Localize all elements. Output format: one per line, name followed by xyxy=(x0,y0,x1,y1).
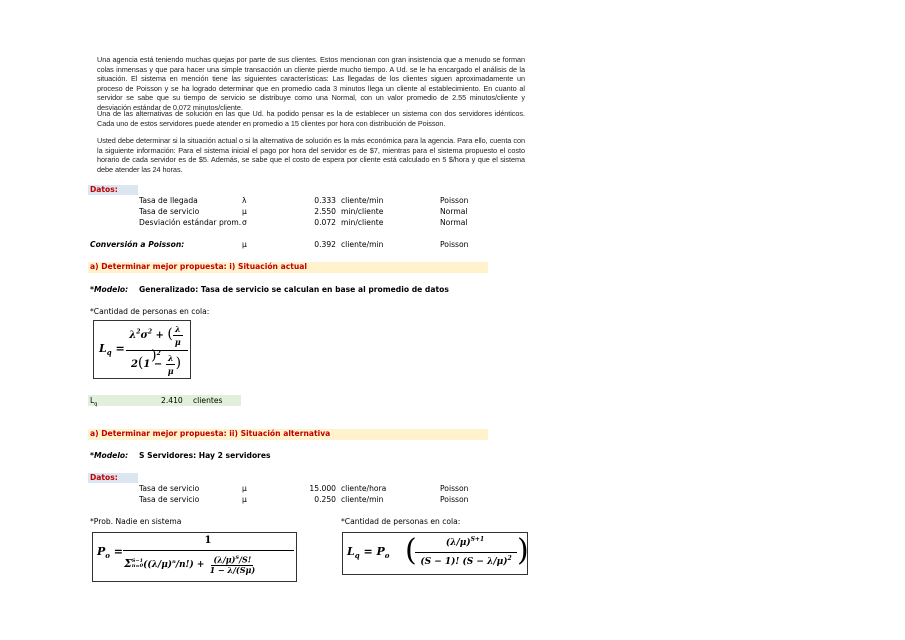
po-formula-lhs: Po = xyxy=(97,545,123,560)
row-value: 0.250 xyxy=(276,495,336,505)
conversion-value: 0.392 xyxy=(276,240,336,250)
row-dist: Normal xyxy=(440,218,467,228)
conversion-label: Conversión a Poisson: xyxy=(90,240,184,250)
row-symbol: λ xyxy=(242,196,247,206)
row-unit: min/cliente xyxy=(341,218,383,228)
row-symbol: μ xyxy=(242,207,247,217)
row-name: Tasa de servicio xyxy=(139,495,199,505)
row-name: Desviación estándar prom. xyxy=(139,218,241,228)
modelo-label: *Modelo: xyxy=(90,285,128,295)
lq-formula-bar xyxy=(126,350,188,351)
row-unit: cliente/min xyxy=(341,196,383,206)
row-dist: Poisson xyxy=(440,495,468,505)
row-symbol: μ xyxy=(242,484,247,494)
modelo2-text: S Servidores: Hay 2 servidores xyxy=(139,451,271,461)
lq2-formula-bar xyxy=(415,552,517,553)
modelo-text: Generalizado: Tasa de servicio se calcul… xyxy=(139,285,449,295)
po-formula-box: Po = 1 ΣS−1n=0((λ/μ)n/n!) + (λ/μ)S/S!1 −… xyxy=(92,532,297,582)
po-formula-denominator: ΣS−1n=0((λ/μ)n/n!) + (λ/μ)S/S!1 − λ/(Sμ) xyxy=(124,554,257,575)
cantidad-label: *Cantidad de personas en cola: xyxy=(90,307,209,317)
conversion-dist: Poisson xyxy=(440,240,468,250)
row-dist: Poisson xyxy=(440,196,468,206)
cantidad2-label: *Cantidad de personas en cola: xyxy=(341,517,460,527)
lq2-formula-lhs: Lq = Po xyxy=(347,545,389,560)
lq-result-value: 2.410 xyxy=(161,396,183,406)
lq2-formula-denominator: (S − 1)! (S − λ/μ)2 xyxy=(415,555,517,567)
conversion-symbol: μ xyxy=(242,240,247,250)
row-unit: min/cliente xyxy=(341,207,383,217)
problem-paragraph-2: Una de las alternativas de solución en l… xyxy=(97,109,525,128)
lq-result-label: Lq xyxy=(90,396,97,410)
lq2-formula-numerator: (λ/μ)S+1 xyxy=(415,536,515,548)
row-value: 15.000 xyxy=(276,484,336,494)
lq-formula-box: Lq = λ2σ2 + (λμ)2 2(1 − λμ) xyxy=(93,320,191,379)
problem-paragraph-3: Usted debe determinar si la situación ac… xyxy=(97,136,525,174)
row-value: 2.550 xyxy=(276,207,336,217)
datos-label: Datos: xyxy=(90,185,118,195)
lq-result-unit: clientes xyxy=(193,396,223,406)
section2-title: a) Determinar mejor propuesta: ii) Situa… xyxy=(90,429,330,439)
datos2-label: Datos: xyxy=(90,473,118,483)
row-name: Tasa de servicio xyxy=(139,207,199,217)
row-unit: cliente/hora xyxy=(341,484,386,494)
row-dist: Poisson xyxy=(440,484,468,494)
lq-formula-denominator: 2(1 − λμ) xyxy=(126,352,186,377)
section1-title: a) Determinar mejor propuesta: i) Situac… xyxy=(90,262,307,272)
row-dist: Normal xyxy=(440,207,467,217)
po-formula-numerator: 1 xyxy=(123,535,293,546)
lq2-right-paren: ) xyxy=(517,533,529,569)
row-name: Tasa de llegada xyxy=(139,196,198,206)
row-symbol: μ xyxy=(242,495,247,505)
row-value: 0.072 xyxy=(276,218,336,228)
lq-formula-lhs: Lq = xyxy=(99,342,125,357)
row-name: Tasa de servicio xyxy=(139,484,199,494)
po-formula-bar xyxy=(123,550,294,551)
modelo2-label: *Modelo: xyxy=(90,451,128,461)
row-unit: cliente/min xyxy=(341,495,383,505)
lq2-formula-box: Lq = Po ( (λ/μ)S+1 (S − 1)! (S − λ/μ)2 ) xyxy=(342,532,528,575)
prob-label: *Prob. Nadie en sistema xyxy=(90,517,181,527)
conversion-unit: cliente/min xyxy=(341,240,383,250)
row-value: 0.333 xyxy=(276,196,336,206)
row-symbol: σ xyxy=(242,218,247,228)
problem-paragraph-1: Una agencia está teniendo muchas quejas … xyxy=(97,55,525,113)
